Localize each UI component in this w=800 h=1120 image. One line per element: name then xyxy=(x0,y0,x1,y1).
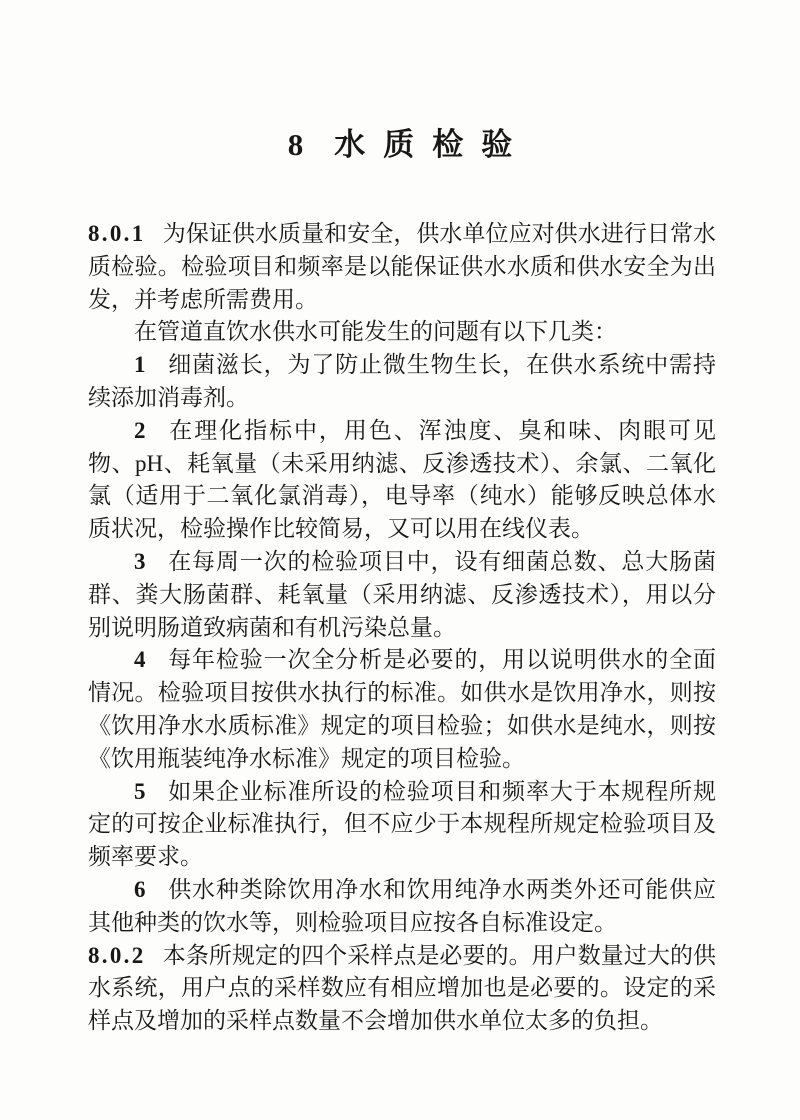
document-page: 8水质检验 8.0.1为保证供水质量和安全，供水单位应对供水进行日常水质检验。检… xyxy=(0,0,800,1120)
list-item-3: 3在每周一次的检验项目中，设有细菌总数、总大肠菌群、粪大肠菌群、耗氧量（采用纳滤… xyxy=(88,546,716,644)
clause-8-0-2-label: 8.0.2 xyxy=(88,943,146,968)
list-item-6-text: 供水种类除饮用净水和饮用纯净水两类外还可能供应其他种类的饮水等，则检验项目应按各… xyxy=(88,877,716,935)
clause-8-0-1-text: 为保证供水质量和安全，供水单位应对供水进行日常水质检验。检验项目和频率是以能保证… xyxy=(88,221,716,312)
list-item-2-number: 2 xyxy=(134,418,146,443)
list-item-4-number: 4 xyxy=(134,647,146,672)
list-item-4: 4每年检验一次全分析是必要的，用以说明供水的全面情况。检验项目按供水执行的标准。… xyxy=(88,644,716,775)
clause-8-0-1: 8.0.1为保证供水质量和安全，供水单位应对供水进行日常水质检验。检验项目和频率… xyxy=(88,218,716,316)
list-item-5-number: 5 xyxy=(134,779,146,804)
intro-paragraph-text: 在管道直饮水供水可能发生的问题有以下几类： xyxy=(134,319,617,344)
list-item-1-number: 1 xyxy=(134,352,146,377)
list-item-5: 5如果企业标准所设的检验项目和频率大于本规程所规定的可按企业标准执行，但不应少于… xyxy=(88,776,716,874)
list-item-1-text: 细菌滋长，为了防止微生物生长，在供水系统中需持续添加消毒剂。 xyxy=(88,352,716,410)
document-body: 8.0.1为保证供水质量和安全，供水单位应对供水进行日常水质检验。检验项目和频率… xyxy=(88,218,716,1038)
list-item-1: 1细菌滋长，为了防止微生物生长，在供水系统中需持续添加消毒剂。 xyxy=(88,349,716,415)
chapter-title: 水质检验 xyxy=(334,124,530,166)
list-item-3-text: 在每周一次的检验项目中，设有细菌总数、总大肠菌群、粪大肠菌群、耗氧量（采用纳滤、… xyxy=(88,549,716,640)
list-item-3-number: 3 xyxy=(134,549,146,574)
list-item-6: 6供水种类除饮用净水和饮用纯净水两类外还可能供应其他种类的饮水等，则检验项目应按… xyxy=(88,874,716,940)
list-item-4-text: 每年检验一次全分析是必要的，用以说明供水的全面情况。检验项目按供水执行的标准。如… xyxy=(88,647,716,770)
chapter-number: 8 xyxy=(288,124,304,166)
list-item-5-text: 如果企业标准所设的检验项目和频率大于本规程所规定的可按企业标准执行，但不应少于本… xyxy=(88,779,716,870)
intro-paragraph: 在管道直饮水供水可能发生的问题有以下几类： xyxy=(88,316,716,349)
list-item-6-number: 6 xyxy=(134,877,146,902)
chapter-heading: 8水质检验 xyxy=(0,0,800,166)
list-item-2: 2在理化指标中，用色、浑浊度、臭和味、肉眼可见物、pH、耗氧量（未采用纳滤、反渗… xyxy=(88,415,716,546)
clause-8-0-2-text: 本条所规定的四个采样点是必要的。用户数量过大的供水系统，用户点的采样数应有相应增… xyxy=(88,943,716,1034)
clause-8-0-2: 8.0.2本条所规定的四个采样点是必要的。用户数量过大的供水系统，用户点的采样数… xyxy=(88,940,716,1038)
clause-8-0-1-label: 8.0.1 xyxy=(88,221,146,246)
list-item-2-text: 在理化指标中，用色、浑浊度、臭和味、肉眼可见物、pH、耗氧量（未采用纳滤、反渗透… xyxy=(88,418,716,541)
